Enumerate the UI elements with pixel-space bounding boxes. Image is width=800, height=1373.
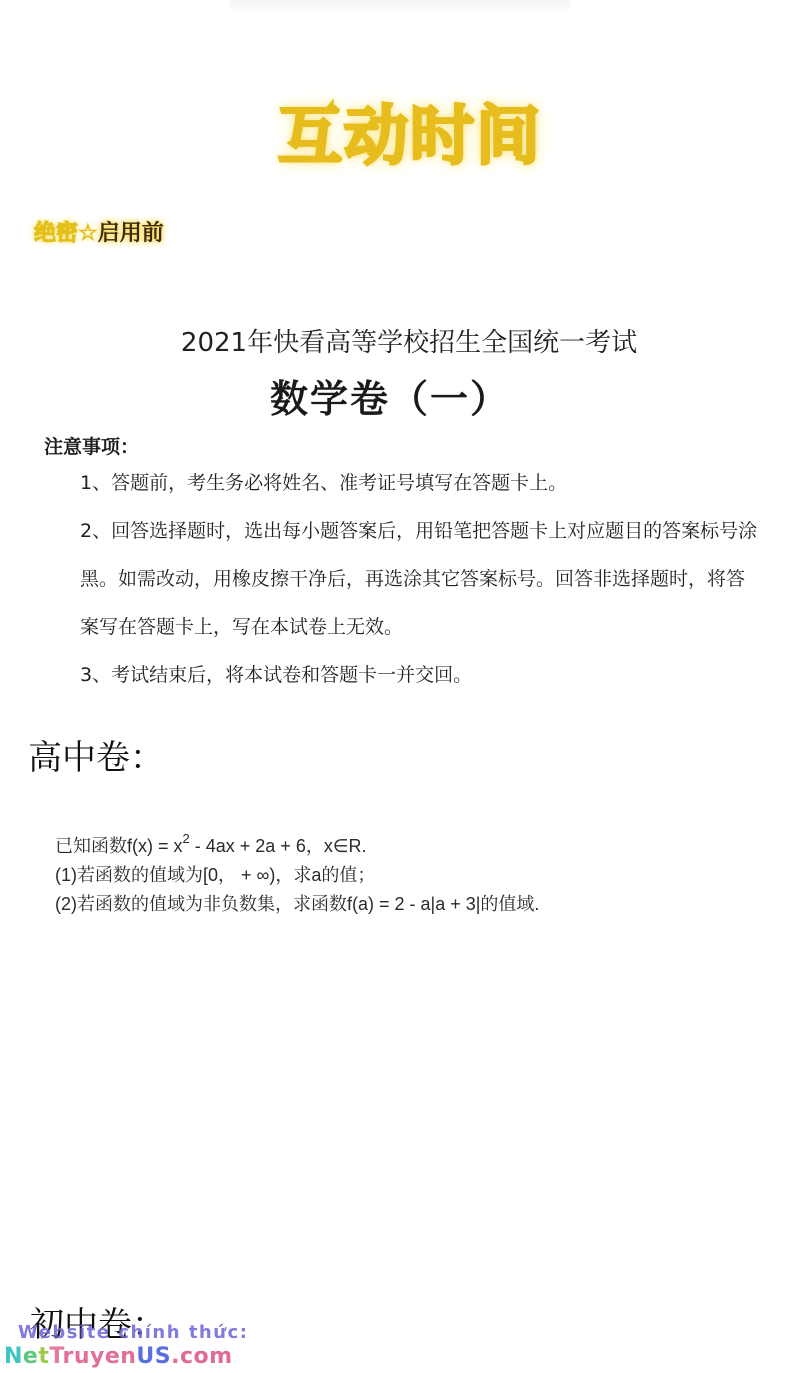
problem-stem: 已知函数f(x) = x2 - 4ax + 2a + 6，x∈R. [55, 826, 539, 861]
watermark-caption: Website chính thức: [4, 1322, 248, 1343]
stem-exponent: 2 [183, 831, 190, 846]
high-school-heading: 高中卷： [28, 730, 164, 779]
wm-seg: .com [171, 1344, 232, 1369]
wm-seg: ruyen [62, 1344, 136, 1369]
site-watermark: Website chính thức: NetTruyenUS.com [4, 1322, 248, 1369]
before-use-label: 启用前 [98, 221, 164, 246]
interactive-time-banner: 互动时间 [0, 85, 800, 177]
wm-seg: N [4, 1344, 23, 1369]
wm-seg: T [49, 1344, 62, 1369]
wm-seg: US [136, 1344, 171, 1369]
notice-item-1: 1、答题前，考生务必将姓名、准考证号填写在答题卡上。 [80, 459, 760, 507]
problem-part-2: (2)若函数的值域为非负数集，求函数f(a) = 2 - a|a + 3|的值域… [55, 890, 539, 919]
wm-seg: t [38, 1344, 49, 1369]
problem-part-1: (1)若函数的值域为[0， + ∞)，求a的值； [55, 861, 539, 890]
wm-seg: e [23, 1344, 38, 1369]
top-edge-shadow [230, 0, 570, 12]
notice-item-3: 3、考试结束后，将本试卷和答题卡一并交回。 [80, 651, 760, 699]
paper-title: 数学卷（一） [0, 368, 780, 423]
watermark-site: NetTruyenUS.com [4, 1344, 248, 1369]
notice-item-2: 2、回答选择题时，选出每小题答案后，用铅笔把答题卡上对应题目的答案标号涂黑。如需… [80, 507, 760, 651]
confidential-label: 绝密 [34, 221, 78, 246]
high-school-problem: 已知函数f(x) = x2 - 4ax + 2a + 6，x∈R. (1)若函数… [55, 826, 539, 919]
star-icon: ☆ [78, 221, 98, 246]
confidential-tag: 绝密☆启用前 [34, 216, 164, 247]
notice-heading: 注意事项： [44, 432, 139, 459]
stem-prefix: 已知函数f(x) = x [55, 836, 183, 856]
exam-title: 2021年快看高等学校招生全国统一考试 [0, 322, 800, 359]
stem-suffix: - 4ax + 2a + 6，x∈R. [190, 836, 367, 856]
